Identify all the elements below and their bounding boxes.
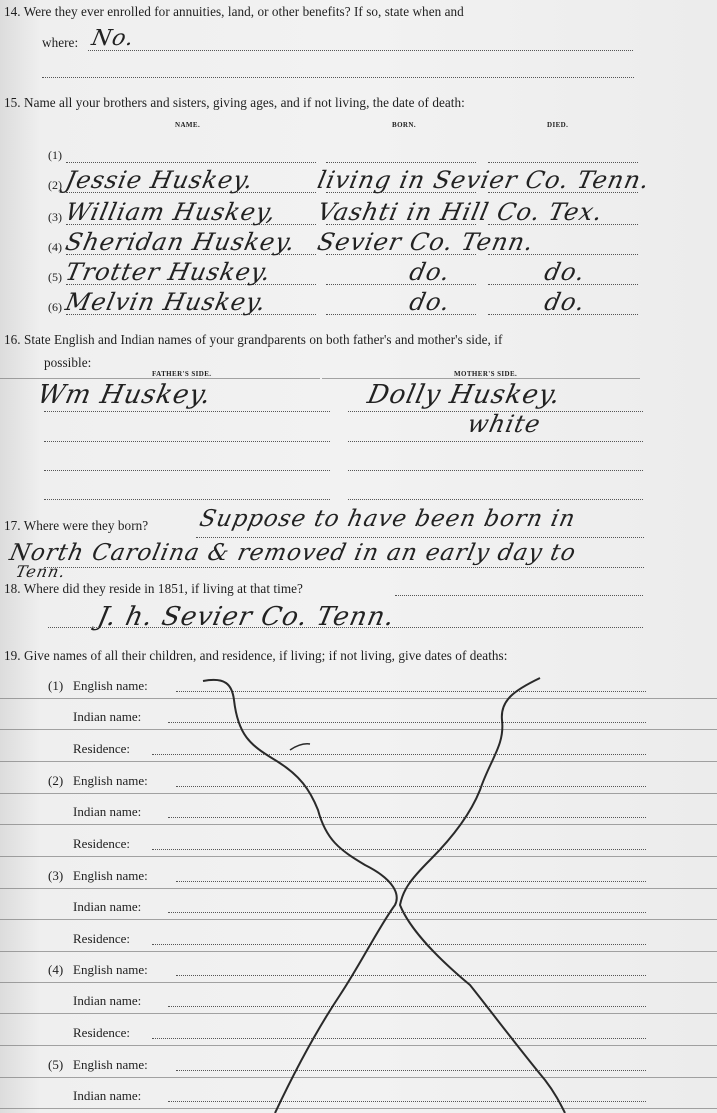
ruled-line — [0, 982, 717, 983]
q19-text: Give names of all their children, and re… — [24, 648, 507, 663]
sibling-index: (6) — [48, 300, 62, 315]
child-indian-name-field[interactable] — [168, 912, 646, 913]
child-indian-name-label: Indian name: — [73, 1088, 141, 1104]
sibling-name: Jessie Huskey. — [63, 166, 256, 194]
fathers-side-rule — [0, 378, 320, 379]
sibling-born: do. — [407, 258, 453, 286]
q16-number: 16. — [4, 332, 21, 347]
sibling-name: William Huskey, — [63, 198, 279, 226]
q14-answer-line — [88, 50, 633, 51]
q19-prompt: 19. Give names of all their children, an… — [4, 648, 507, 664]
fathers-side-label: FATHER'S SIDE. — [150, 370, 213, 378]
ruled-line — [0, 1077, 717, 1078]
sibling-index: (5) — [48, 270, 62, 285]
mothers-side-rule — [322, 378, 640, 379]
q17-number: 17. — [4, 518, 21, 533]
child-indian-name-field[interactable] — [168, 722, 646, 723]
sibling-born: do. — [407, 288, 453, 316]
ruled-line — [0, 951, 717, 952]
mothers-line-1 — [348, 411, 643, 412]
sibling-died: do. — [542, 258, 588, 286]
sibling-born: living in Sevier Co. Tenn. — [315, 166, 652, 194]
ruled-line — [0, 824, 717, 825]
child-index: (1) — [48, 678, 63, 694]
q16-possible: possible: — [44, 355, 91, 371]
q15-number: 15. — [4, 95, 21, 110]
q19-number: 19. — [4, 648, 21, 663]
child-index: (3) — [48, 868, 63, 884]
child-indian-name-field[interactable] — [168, 1101, 646, 1102]
q17-line-1 — [196, 537, 644, 538]
ruled-line — [0, 888, 717, 889]
sibling-born-line — [326, 162, 476, 163]
q14-number: 14. — [4, 4, 21, 19]
ruled-line — [0, 793, 717, 794]
fathers-side-answer: Wm Huskey. — [35, 380, 214, 410]
ruled-line — [0, 761, 717, 762]
sibling-born-line — [326, 284, 476, 285]
sibling-index: (2) — [48, 178, 62, 193]
child-english-name-field[interactable] — [176, 1070, 646, 1071]
child-english-name-label: English name: — [73, 868, 148, 884]
q14-prompt: 14. Were they ever enrolled for annuitie… — [4, 4, 464, 20]
fathers-line-4 — [44, 499, 330, 500]
form-page: 14. Were they ever enrolled for annuitie… — [0, 0, 717, 1113]
ruled-line — [0, 919, 717, 920]
q16-prompt: 16. State English and Indian names of yo… — [4, 332, 502, 348]
q15-col-born: BORN. — [392, 121, 416, 129]
mothers-side-label: MOTHER'S SIDE. — [452, 370, 519, 378]
child-residence-field[interactable] — [152, 944, 646, 945]
child-indian-name-label: Indian name: — [73, 804, 141, 820]
child-residence-label: Residence: — [73, 836, 130, 852]
child-english-name-label: English name: — [73, 962, 148, 978]
sibling-index: (1) — [48, 148, 62, 163]
child-english-name-field[interactable] — [176, 881, 646, 882]
child-indian-name-field[interactable] — [168, 817, 646, 818]
child-english-name-label: English name: — [73, 1057, 148, 1073]
q18-line-2 — [48, 627, 643, 628]
sibling-name-line — [66, 162, 316, 163]
child-residence-label: Residence: — [73, 931, 130, 947]
q17-prompt: 17. Where were they born? — [4, 518, 148, 534]
child-residence-field[interactable] — [152, 1038, 646, 1039]
sibling-born: Vashti in Hill Co. Tex. — [315, 198, 606, 226]
ruled-line — [0, 698, 717, 699]
sibling-died: do. — [542, 288, 588, 316]
ruled-line — [0, 1045, 717, 1046]
child-residence-label: Residence: — [73, 741, 130, 757]
sibling-died-line — [488, 162, 638, 163]
child-english-name-field[interactable] — [176, 786, 646, 787]
q18-prompt: 18. Where did they reside in 1851, if li… — [4, 581, 303, 597]
child-indian-name-label: Indian name: — [73, 993, 141, 1009]
q15-col-name: NAME. — [175, 121, 200, 129]
child-indian-name-label: Indian name: — [73, 899, 141, 915]
q18-number: 18. — [4, 581, 21, 596]
sibling-name: Sheridan Huskey. — [63, 228, 298, 256]
q15-text: Name all your brothers and sisters, givi… — [24, 95, 465, 110]
q16-text: State English and Indian names of your g… — [24, 332, 502, 347]
mothers-side-note: white — [465, 410, 543, 438]
q17-answer-line1: Suppose to have been born in — [197, 506, 578, 532]
q17-text: Where were they born? — [24, 518, 148, 533]
child-english-name-label: English name: — [73, 678, 148, 694]
mothers-line-4 — [348, 499, 643, 500]
child-residence-label: Residence: — [73, 1025, 130, 1041]
q14-answer-line-2 — [42, 77, 634, 78]
sibling-name: Melvin Huskey. — [63, 288, 269, 316]
child-english-name-field[interactable] — [176, 691, 646, 692]
q17-line-2 — [44, 567, 644, 568]
fathers-line-3 — [44, 470, 330, 471]
ruled-line — [0, 1108, 717, 1109]
child-residence-field[interactable] — [152, 754, 646, 755]
child-indian-name-label: Indian name: — [73, 709, 141, 725]
mothers-line-3 — [348, 470, 643, 471]
q14-text: Were they ever enrolled for annuities, l… — [24, 4, 464, 19]
q15-col-died: DIED. — [547, 121, 568, 129]
child-english-name-field[interactable] — [176, 975, 646, 976]
ruled-line — [0, 729, 717, 730]
child-index: (2) — [48, 773, 63, 789]
ruled-line — [0, 856, 717, 857]
child-index: (5) — [48, 1057, 63, 1073]
q15-prompt: 15. Name all your brothers and sisters, … — [4, 95, 465, 111]
sibling-index: (3) — [48, 210, 62, 225]
q18-text: Where did they reside in 1851, if living… — [24, 581, 303, 596]
q14-where-answer: No. — [89, 26, 136, 51]
sibling-born: Sevier Co. Tenn. — [315, 228, 537, 256]
mothers-side-answer: Dolly Huskey. — [365, 380, 564, 410]
child-index: (4) — [48, 962, 63, 978]
ruled-line — [0, 1013, 717, 1014]
child-indian-name-field[interactable] — [168, 1006, 646, 1007]
fathers-line-1 — [44, 411, 330, 412]
sibling-born-line — [326, 314, 476, 315]
q18-line-1 — [395, 595, 643, 596]
sibling-index: (4) — [48, 240, 62, 255]
child-residence-field[interactable] — [152, 849, 646, 850]
sibling-name: Trotter Huskey. — [63, 258, 274, 286]
q17-answer-line2: North Carolina & removed in an early day… — [7, 540, 578, 566]
q17-answer-line3: Tenn. — [14, 562, 68, 581]
q14-where-label: where: — [42, 35, 78, 51]
child-english-name-label: English name: — [73, 773, 148, 789]
mothers-line-2 — [348, 441, 643, 442]
fathers-line-2 — [44, 441, 330, 442]
